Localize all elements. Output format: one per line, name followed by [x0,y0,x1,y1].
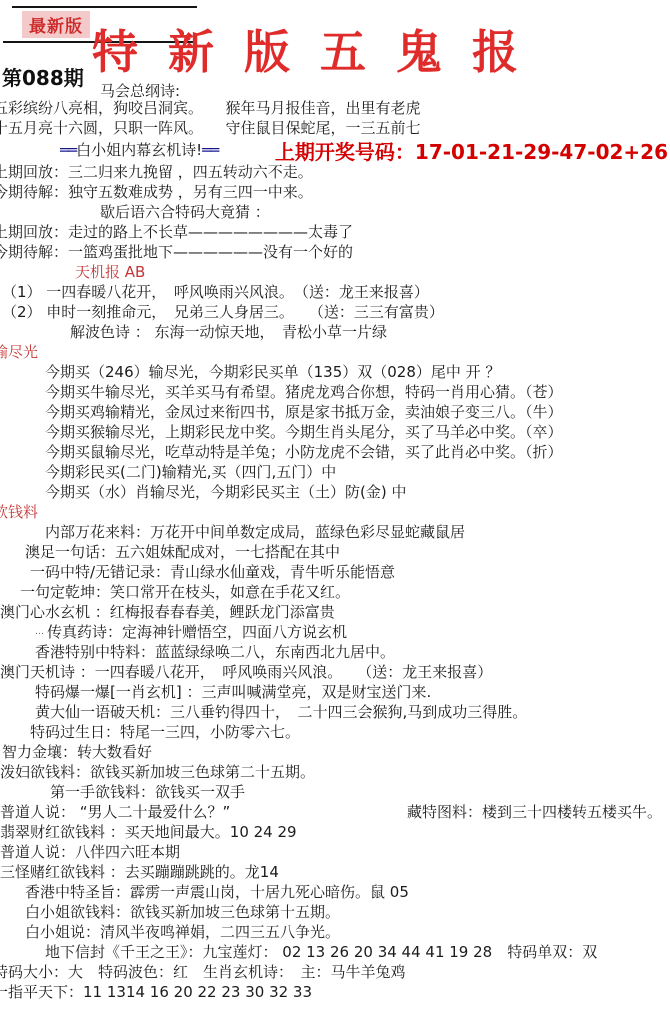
text-line: （2） 申时一刻推命元， 兄弟三人身居三。 （送：三三有富贵） [0,302,670,322]
two-part-line: 普道人说： “男人二十最爱什么？” 藏特图料：楼到三十四楼转五楼买牛。 [0,802,670,822]
text-line: 香港特别中特料：蓝蓝绿绿唤二八，东南西北九居中。 [0,642,670,662]
scanned-report-page: 最新版 特新版五鬼报 第088期 马会总纲诗: 五彩缤纷八亮相，狗咬吕洞宾。 猴… [0,0,670,1016]
text-line: （1） 一四春暖八花开， 呼风唤雨兴风浪。 （送：龙王来报喜） [0,282,670,302]
text-line: 地下信封《千王之王》：九宝莲灯： 02 13 26 20 34 44 41 19… [0,942,670,962]
text-line: 翡翠财红欲钱料 ：买天地间最大。10 24 29 [0,822,670,842]
mystery-poem-label: 白小姐内幕玄机诗! [76,141,202,159]
text-line: 今期买猴输尽光，上期彩民龙中奖。今期生肖头尾分，买了马羊必中奖。（卒） [0,422,670,442]
page-title: 特新版五鬼报 [92,16,548,82]
text-line: 澳门心水玄机 ：红梅报春春春美，鲤跃龙门添富贵 [0,602,670,622]
report-body: 五彩缤纷八亮相，狗咬吕洞宾。 猴年马月报佳音，出里有老虎 十五月亮十六圆，只职一… [0,98,670,1002]
text-line: 特码过生日：特尾一三四，小防零六七。 [0,722,670,742]
text-line: 今期买鸡输精光，金凤过来衔四书，原是家书抵万金，卖油娘子变三八。（牛） [0,402,670,422]
text-line: 一句定乾坤：笑口常开在枝头，如意在手花又红。 [0,582,670,602]
text-line: 白小姐欲钱料：欲钱买新加坡三色球第十五期。 [0,902,670,922]
text-line: 黄大仙一语破天机：三八垂钓得四十， 二十四三会猴狗,马到成功三得胜。 [0,702,670,722]
text-line: 解波色诗 ： 东海一动惊天地， 青松小草一片绿 [0,322,670,342]
text-line: 今期买牛输尽光，买羊买马有希望。猪虎龙鸡合你想，特码一肖用心猜。（苍） [0,382,670,402]
text-line-content: 传真药诗：定海神针赠悟空，四面八方说玄机 [47,623,347,641]
text-line: 内部万花来料：万花开中间单数定成局，蓝绿色彩尽显蛇藏鼠居 [0,522,670,542]
text-line: 第一手欲钱料：欲钱买一双手 [0,782,670,802]
text-line: 特码爆一爆[一肖玄机] ：三声叫喊满堂亮，双是财宝送门来. [0,682,670,702]
left-segment: 普道人说： “男人二十最爱什么？” [0,802,230,822]
text-line: 今期待解：独守五数难成势 ，另有三四一中来。 [0,182,670,202]
double-bar-mark-right: ══ [202,141,218,159]
previous-draw-numbers: 上期开奖号码：17-01-21-29-47-02+26 [275,140,668,164]
poem-line: 五彩缤纷八亮相，狗咬吕洞宾。 猴年马月报佳音，出里有老虎 [0,98,670,118]
text-line: 今期买（水）肖输尽光，今期彩民买主（土）防(金) 中 [0,482,670,502]
section-header-yuqianliao: 欲钱料 [0,502,670,522]
text-line: 上期回放：走过的路上不长草————————太毒了 [0,222,670,242]
mystery-indent [0,141,60,159]
text-line: 白小姐说：清风半夜鸣禅娟，二四三五八争光。 [0,922,670,942]
section-header-tianjibao: 天机报 AB [0,262,670,282]
badge-top-rule [12,6,197,8]
text-line: 上期回放：三二归来九挽留 ，四五转动六不走。 [0,162,670,182]
text-line: 特码大小：大 特码波色：红 生肖玄机诗： 主：马牛羊兔鸡 [0,962,670,982]
text-line: 普道人说：八伴四六旺本期 [0,842,670,862]
poem-line: 十五月亮十六圆，只职一阵风。 守住鼠目保蛇尾，一三五前七 [0,118,670,138]
text-line: 澳门天机诗 ：一四春暖八花开， 呼风唤雨兴风浪。 （送：龙王来报喜） [0,662,670,682]
text-line: 今期彩民买(二门)输精光,买（四门,五门）中 [0,462,670,482]
text-line: 一码中特/无错记录：青山绿水仙童戏，青牛听乐能悟意 [0,562,670,582]
section-header-shujinguang: 输尽光 [0,342,670,362]
double-bar-mark-left: ══ [60,141,76,159]
text-line: 澳足一句话：五六姐妹配成对，一七搭配在其中 [0,542,670,562]
text-line: 今期买（246）输尽光，今期彩民买单（135）双（028）尾中 开 ？ [0,362,670,382]
text-line: 歇后语六合特码大竟猜 ： [0,202,670,222]
text-line: 一指平天下：11 1314 16 20 22 23 30 32 33 [0,982,670,1002]
mystery-poem-row: ══白小姐内幕玄机诗!══ 上期开奖号码：17-01-21-29-47-02+2… [0,138,670,162]
text-line: 今期买鼠输尽光，吃草动特是羊兔；小防龙虎不会错，买了此肖必中奖。（折） [0,442,670,462]
text-line: 智力金壤：转大数看好 [0,742,670,762]
text-line: 三怪赌红欲钱料 ：去买蹦蹦跳跳的。龙14 [0,862,670,882]
right-segment: 藏特图料：楼到三十四楼转五楼买牛。 [407,802,662,822]
issue-number: 第088期 [2,62,84,91]
text-line: …传真药诗：定海神针赠悟空，四面八方说玄机 [0,622,670,642]
text-line: 泼妇欲钱料：欲钱买新加坡三色球第二十五期。 [0,762,670,782]
text-line: 香港中特圣旨：霹雳一声震山岗，十居九死心暗伤。鼠 05 [0,882,670,902]
latest-edition-badge: 最新版 [22,11,90,38]
ellipsis-mark: … [35,627,44,637]
text-line: 今期待解：一篮鸡蛋批地下——————没有一个好的 [0,242,670,262]
